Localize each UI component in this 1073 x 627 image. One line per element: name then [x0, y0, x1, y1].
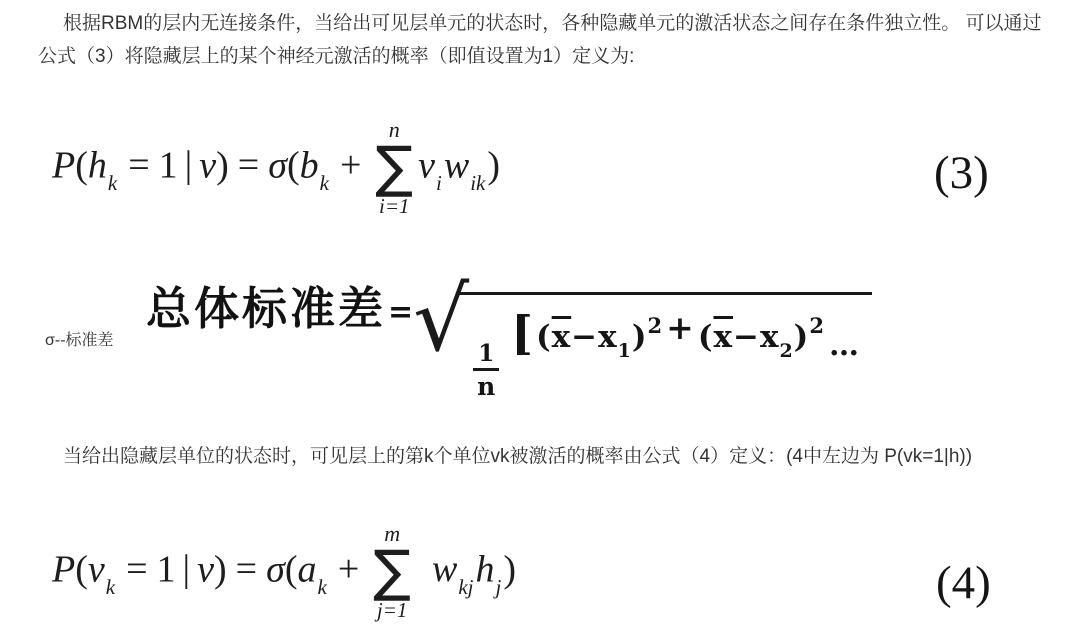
f3-plus: + [340, 144, 361, 186]
paragraph-rbm-condition: 根据RBM的层内无连接条件，当给出可见层单元的状态时，各种隐藏单元的激活状态之间… [38, 7, 1044, 73]
summation-icon: ∑ [375, 141, 413, 194]
std-xbar-1: x [552, 319, 571, 355]
stddev-equals: = [388, 295, 413, 330]
std-sub-2: 2 [779, 340, 793, 362]
f3-num-1: 1 [159, 144, 178, 186]
std-squared-1: 2 [648, 313, 664, 338]
f4-var-h: h [476, 548, 495, 590]
f4-equals-1: = [126, 548, 147, 590]
std-minus-x-1: −x [571, 319, 617, 355]
std-lparen-2: ( [698, 319, 714, 355]
f4-lparen-1: ( [75, 548, 88, 590]
std-minus-x-2: −x [733, 319, 779, 355]
sigma-stddev-note: σ--标准差 [45, 327, 114, 350]
equation-number-4: (4) [936, 556, 991, 610]
f3-sigma-function: σ [268, 144, 287, 186]
std-rparen-1: ) [632, 319, 648, 355]
document-page: 根据RBM的层内无连接条件，当给出可见层单元的状态时，各种隐藏单元的激活状态之间… [0, 0, 1073, 627]
std-plus: + [666, 308, 695, 347]
f4-equals-2: = [236, 548, 257, 590]
equation-number-3: (3) [934, 146, 989, 200]
f4-sigma-function: σ [266, 548, 285, 590]
f4-var-v2: v [197, 548, 214, 590]
f3-summation: n∑i=1 [375, 119, 413, 217]
f3-var-v: v [199, 144, 216, 186]
f4-summation: m∑j=1 [373, 523, 411, 621]
f3-var-w: w [444, 144, 469, 186]
f4-var-a: a [298, 548, 317, 590]
formula-3: P(hk=1|v)=σ(bk+n∑i=1viwik) [52, 124, 500, 222]
formula-4: P(vk=1|v)=σ(ak+m∑j=1wkjhj) [52, 528, 516, 626]
f4-sub-ak: k [318, 575, 327, 599]
stddev-title: 总体标准差 [146, 286, 386, 331]
f4-rparen-2: ) [503, 548, 516, 590]
summation-icon: ∑ [373, 545, 411, 598]
f3-conditional-bar: | [185, 144, 193, 186]
f4-var-P: P [52, 548, 75, 590]
f3-equals-1: = [128, 144, 149, 186]
std-ellipsis: … [829, 328, 864, 363]
f4-lparen-2: ( [285, 548, 298, 590]
f4-sub-j: j [496, 575, 502, 599]
f3-var-P: P [52, 144, 75, 186]
fraction-denominator: n [477, 371, 495, 399]
f3-lparen-1: ( [75, 144, 88, 186]
f4-rparen-1: ) [214, 548, 227, 590]
fraction-numerator: 1 [478, 342, 494, 368]
fraction-1-over-n: 1n [473, 342, 499, 399]
f4-num-1: 1 [157, 548, 176, 590]
f4-var-w: w [432, 548, 457, 590]
f3-var-b: b [300, 144, 319, 186]
std-squared-2: 2 [809, 313, 825, 338]
f3-sub-i: i [436, 171, 442, 195]
f3-var-v2: v [418, 144, 435, 186]
f4-sub-k: k [106, 575, 115, 599]
std-lparen-1: ( [536, 319, 552, 355]
f3-rparen-1: ) [216, 144, 229, 186]
f3-sub-bk: k [320, 171, 329, 195]
paragraph-hidden-layer: 当给出隐藏层单位的状态时，可见层上的第k个单位vk被激活的概率由公式（4）定义：… [38, 440, 1058, 473]
f3-lparen-2: ( [287, 144, 300, 186]
f3-rparen-2: ) [487, 144, 500, 186]
f3-sub-ik: ik [470, 171, 485, 195]
f4-var-v: v [88, 548, 105, 590]
std-xbar-2: x [713, 319, 732, 355]
f4-plus: + [338, 548, 359, 590]
f3-sub-k: k [108, 171, 117, 195]
f4-sub-kj: kj [458, 575, 473, 599]
f4-conditional-bar: | [183, 548, 191, 590]
std-rparen-2: ) [794, 319, 810, 355]
sqrt-content: 1n[(x−x1)2+(x−x2)2… [459, 292, 872, 405]
stddev-formula-image: 总体标准差 = √ 1n[(x−x1)2+(x−x2)2… [146, 282, 872, 405]
f3-var-h: h [88, 144, 107, 186]
f4-sum-lower-limit: j=1 [377, 600, 408, 621]
std-lbracket: [ [511, 306, 534, 360]
f3-equals-2: = [238, 144, 259, 186]
f3-sum-lower-limit: i=1 [379, 196, 410, 217]
std-sub-1: 1 [618, 340, 632, 362]
sqrt-root: √ 1n[(x−x1)2+(x−x2)2… [413, 290, 872, 405]
